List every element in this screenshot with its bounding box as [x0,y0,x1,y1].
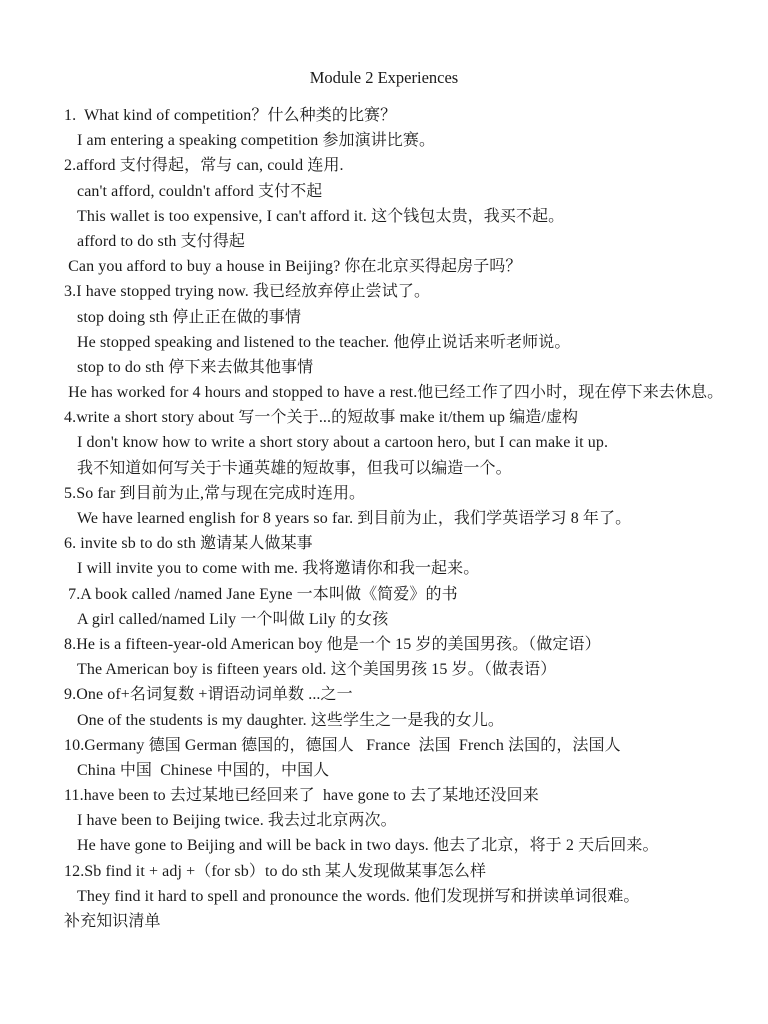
text-line: I will invite you to come with me. 我将邀请你… [0,556,768,581]
text-line: stop to do sth 停下来去做其他事情 [0,355,768,380]
text-line: 1. What kind of competition？什么种类的比赛？ [0,103,768,128]
text-line: I have been to Beijing twice. 我去过北京两次。 [0,808,768,833]
document-body: 1. What kind of competition？什么种类的比赛？I am… [0,103,768,934]
text-line: One of the students is my daughter. 这些学生… [0,708,768,733]
text-line: I am entering a speaking competition 参加演… [0,128,768,153]
text-line: 3.I have stopped trying now. 我已经放弃停止尝试了。 [0,279,768,304]
text-line: 5.So far 到目前为止,常与现在完成时连用。 [0,481,768,506]
text-line: The American boy is fifteen years old. 这… [0,657,768,682]
text-line: He have gone to Beijing and will be back… [0,833,768,858]
text-line: He has worked for 4 hours and stopped to… [0,380,768,405]
text-line: 6. invite sb to do sth 邀请某人做某事 [0,531,768,556]
document-title: Module 2 Experiences [0,68,768,88]
text-line: 2.afford 支付得起，常与 can, could 连用. [0,153,768,178]
text-line: Can you afford to buy a house in Beijing… [0,254,768,279]
text-line: He stopped speaking and listened to the … [0,330,768,355]
text-line: 补充知识清单 [0,909,768,934]
text-line: I don't know how to write a short story … [0,430,768,455]
text-line: afford to do sth 支付得起 [0,229,768,254]
text-line: China 中国 Chinese 中国的，中国人 [0,758,768,783]
text-line: stop doing sth 停止正在做的事情 [0,305,768,330]
text-line: 11.have been to 去过某地已经回来了 have gone to 去… [0,783,768,808]
text-line: 4.write a short story about 写一个关于...的短故事… [0,405,768,430]
text-line: 8.He is a fifteen-year-old American boy … [0,632,768,657]
text-line: They find it hard to spell and pronounce… [0,884,768,909]
text-line: 7.A book called /named Jane Eyne 一本叫做《简爱… [0,582,768,607]
text-line: A girl called/named Lily 一个叫做 Lily 的女孩 [0,607,768,632]
text-line: 我不知道如何写关于卡通英雄的短故事，但我可以编造一个。 [0,456,768,481]
text-line: 12.Sb find it + adj +（for sb）to do sth 某… [0,859,768,884]
text-line: 10.Germany 德国 German 德国的，德国人 France 法国 F… [0,733,768,758]
document-page: Module 2 Experiences 1. What kind of com… [0,0,768,1024]
text-line: This wallet is too expensive, I can't af… [0,204,768,229]
text-line: 9.One of+名词复数 +谓语动词单数 ...之一 [0,682,768,707]
text-line: can't afford, couldn't afford 支付不起 [0,179,768,204]
text-line: We have learned english for 8 years so f… [0,506,768,531]
